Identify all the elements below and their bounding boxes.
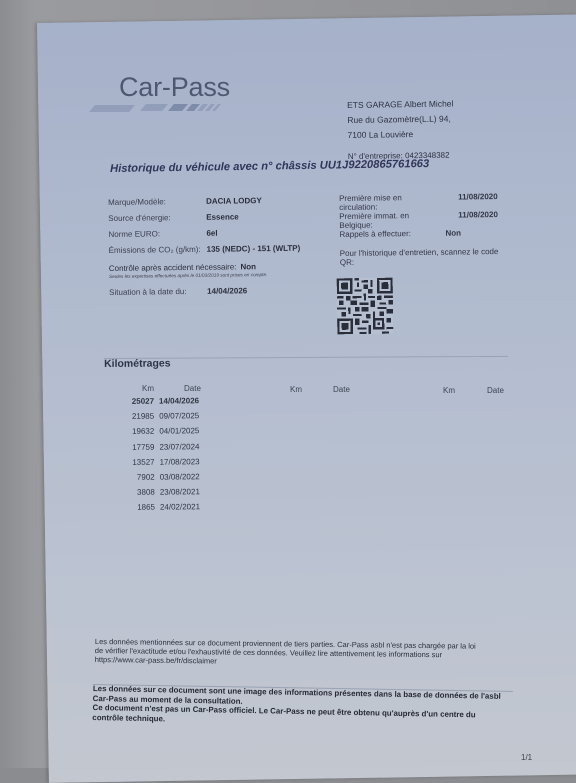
page-number: 1/1 — [521, 753, 532, 762]
mileage-date: 04/01/2025 — [159, 427, 199, 436]
make-model-row: Marque/Modèle: DACIA LODGY — [108, 196, 267, 214]
car-pass-logo: Car-Pass — [119, 72, 230, 103]
co2-value: 135 (NEDC) - 151 (WLTP) — [207, 244, 301, 254]
accident-check-value: Non — [240, 262, 256, 271]
first-belgium-row: Première immat. en Belgique: 11/08/2020 — [339, 210, 509, 230]
mileage-table: 2502714/04/20262198509/07/20251963204/01… — [114, 397, 115, 518]
mileage-km: 3808 — [115, 488, 155, 497]
first-circulation-row: Première mise en circulation: 11/08/2020 — [339, 192, 509, 212]
mileage-date: 14/04/2026 — [159, 396, 199, 405]
qr-code-icon[interactable] — [337, 278, 394, 335]
mileage-date: 09/07/2025 — [159, 411, 199, 420]
energy-value: Essence — [206, 212, 239, 221]
garage-address: ETS GARAGE Albert Michel Rue du Gazomètr… — [347, 97, 454, 164]
mileage-km: 19632 — [114, 427, 154, 436]
first-belgium-value: 11/08/2020 — [458, 210, 498, 219]
co2-row: Émissions de CO₂ (g/km): 135 (NEDC) - 15… — [109, 244, 268, 262]
recalls-value: Non — [445, 229, 461, 238]
euro-norm-value: 6el — [206, 229, 217, 238]
energy-row: Source d'énergie: Essence — [108, 212, 267, 230]
garage-name: ETS GARAGE Albert Michel — [347, 97, 453, 113]
make-model-value: DACIA LODGY — [206, 196, 262, 206]
data-source-disclaimer: Les données mentionnées sur ce document … — [95, 637, 476, 669]
first-circulation-value: 11/08/2020 — [458, 192, 498, 201]
situation-date: 14/04/2026 — [207, 286, 247, 295]
garage-city: 7100 La Louvière — [347, 127, 453, 143]
registration-info: Première mise en circulation: 11/08/2020… — [339, 192, 510, 267]
mileage-date: 24/02/2021 — [160, 503, 200, 512]
mileage-date: 03/08/2022 — [160, 472, 200, 481]
mileage-km: 17759 — [114, 442, 154, 451]
page-title: Historique du véhicule avec n° châssis U… — [110, 158, 429, 175]
official-notice: Les données sur ce document sont une ima… — [92, 684, 501, 730]
mileage-km: 21985 — [114, 412, 154, 421]
mileage-km: 7902 — [115, 473, 155, 482]
mileage-date: 23/07/2024 — [159, 442, 199, 451]
recalls-row: Rappels à effectuer: Non — [339, 228, 509, 239]
garage-street: Rue du Gazomètre(L.L) 94, — [347, 112, 453, 128]
mileage-section-title: Kilométrages — [104, 357, 171, 370]
qr-caption: Pour l'historique d'entretien, scannez l… — [340, 247, 510, 267]
vehicle-info: Marque/Modèle: DACIA LODGY Source d'éner… — [108, 196, 268, 304]
mileage-date: 23/08/2021 — [160, 487, 200, 496]
mileage-km: 13527 — [115, 457, 155, 466]
document-content: Car-Pass ETS GARAGE Albert Michel Rue du… — [0, 0, 576, 768]
mileage-km: 25027 — [114, 397, 154, 406]
mileage-date: 17/08/2023 — [160, 457, 200, 466]
euro-norm-row: Norme EURO: 6el — [108, 228, 267, 246]
situation-row: Situation à la date du: 14/04/2026 — [109, 286, 268, 304]
accident-check-row: Contrôle après accident nécessaire:Non — [109, 262, 268, 274]
mileage-km: 1865 — [115, 503, 155, 512]
